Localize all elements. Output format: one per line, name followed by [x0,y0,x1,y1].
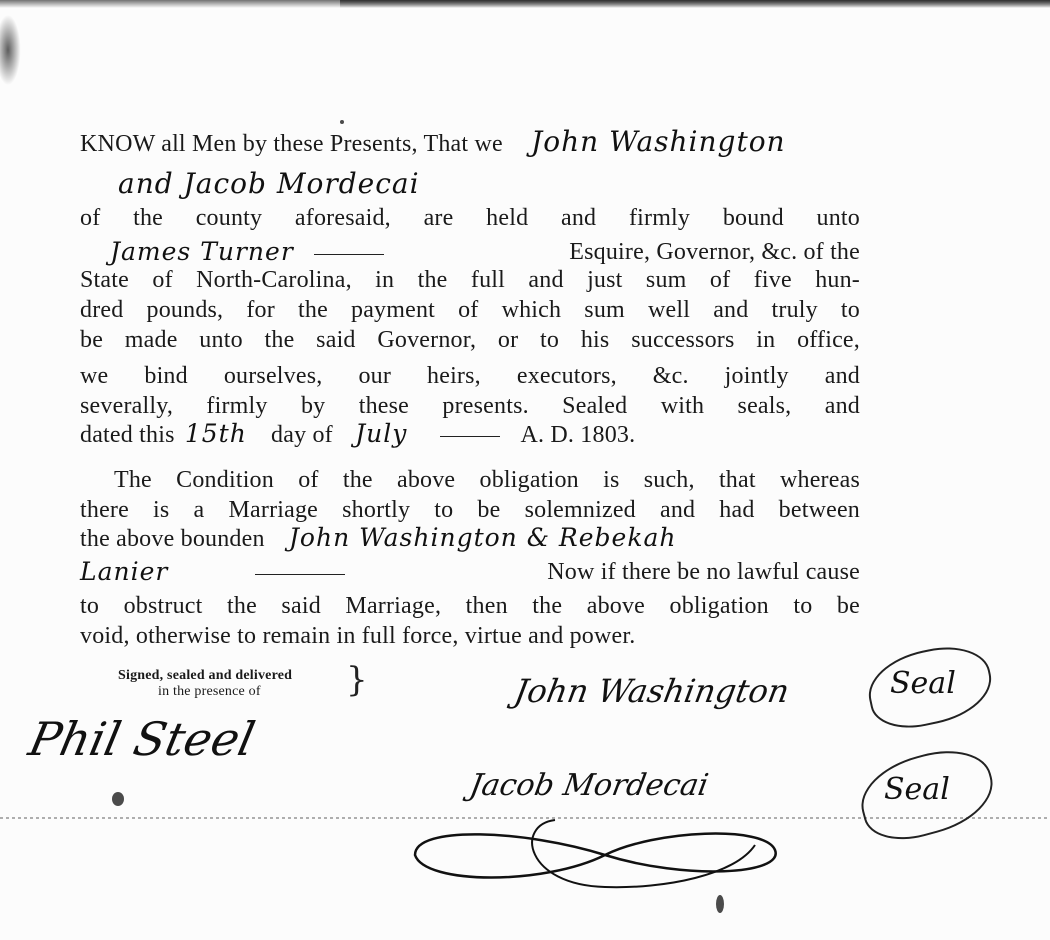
principal-seal-label: Seal [890,666,956,701]
bond-line-6: dred pounds, for the payment of which su… [80,296,860,324]
condition-line-1: The Condition of the above obligation is… [114,466,860,494]
blank-line [440,436,500,437]
bond-line-9: severally, firmly by these presents. Sea… [80,392,860,420]
printed-text: dated this [80,422,175,448]
handwritten-day: 15th [185,419,247,448]
ink-spot [716,895,724,913]
condition-line-3: the above bounden John Washington & Rebe… [80,524,860,553]
printed-text: the above bounden [80,526,265,552]
bond-line-7: be made unto the said Governor, or to hi… [80,326,860,354]
attestation-brace: } [346,660,368,700]
condition-line-6: void, otherwise to remain in full force,… [80,622,860,650]
condition-line-4: Lanier Now if there be no lawful cause [80,558,860,587]
witness-signature: Phil Steel [24,712,259,766]
blank-line [255,574,345,575]
surety-seal-label: Seal [884,772,950,807]
bond-line-8: we bind ourselves, our heirs, executors,… [80,362,860,390]
printed-text: day of [271,422,333,448]
condition-line-5: to obstruct the said Marriage, then the … [80,592,860,620]
bond-line-3: of the county aforesaid, are held and fi… [80,204,860,232]
condition-line-2: there is a Marriage shortly to be solemn… [80,496,860,524]
handwritten-month: July [355,419,407,448]
handwritten-governor-name: James Turner [110,237,294,266]
principal-signature: John Washington [512,672,792,710]
surety-signature: Jacob Mordecai [467,768,711,803]
bond-line-10: dated this 15th day of July A. D. 1803. [80,420,860,449]
blank-line [314,254,384,255]
attestation-line-2: in the presence of [158,684,358,700]
attestation-line-1: Signed, sealed and delivered [118,668,348,684]
handwritten-couple-names: John Washington & Rebekah [289,523,677,552]
bond-line-2: and Jacob Mordecai [118,170,898,200]
paper-edge-shadow [340,0,1050,8]
ink-spot [112,792,124,806]
handwritten-surety-name: and Jacob Mordecai [118,167,420,200]
signature-flourish [405,815,805,895]
printed-date-year: A. D. 1803. [520,422,635,448]
ink-spot [340,120,344,124]
printed-text: Esquire, Governor, &c. of the [569,238,860,266]
printed-text: KNOW all Men by these Presents, That we [80,131,503,157]
handwritten-bride-surname: Lanier [80,557,168,586]
bond-line-1: KNOW all Men by these Presents, That we … [80,128,860,158]
handwritten-principal-name: John Washington [531,125,786,158]
bond-line-4: James Turner Esquire, Governor, &c. of t… [80,238,860,267]
bond-line-5: State of North-Carolina, in the full and… [80,266,860,294]
printed-text: Now if there be no lawful cause [547,558,860,586]
